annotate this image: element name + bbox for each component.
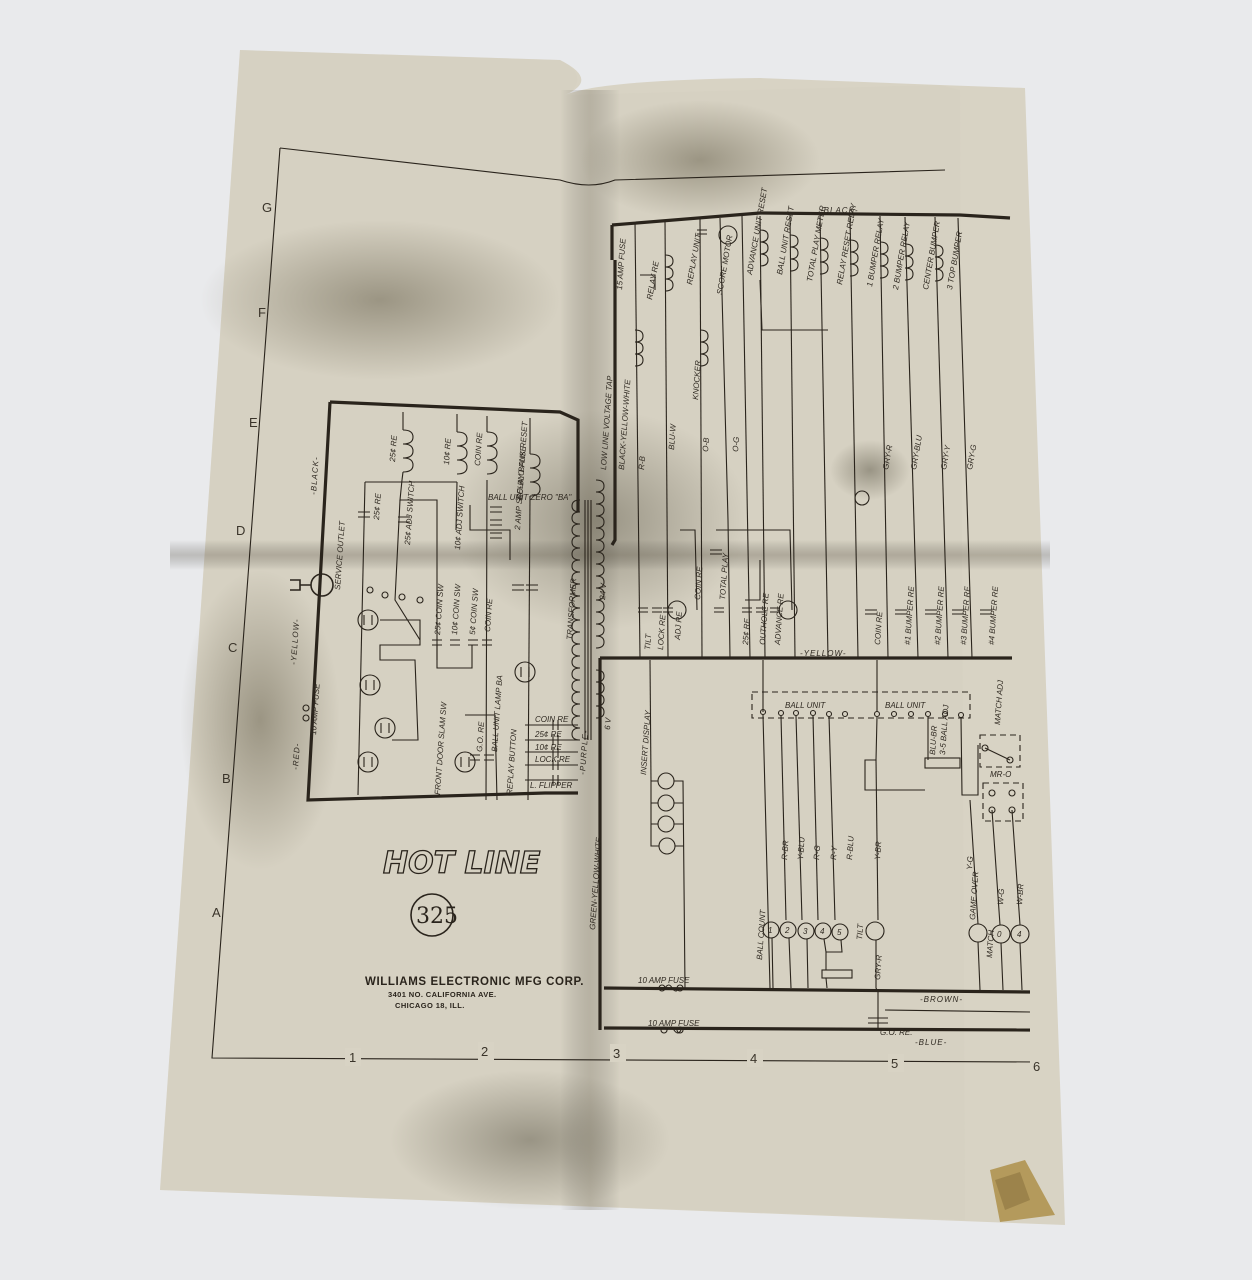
svg-text:10 AMP FUSE: 10 AMP FUSE [638,976,690,985]
svg-text:BALL UNIT: BALL UNIT [885,701,926,710]
game-number: 325 [416,904,458,929]
svg-text:R-B: R-B [637,455,647,470]
svg-text:D: D [236,523,245,538]
svg-text:TILT: TILT [643,633,653,651]
svg-text:5: 5 [891,1056,898,1071]
svg-text:R-BR: R-BR [780,840,790,860]
svg-text:R-BLU: R-BLU [845,835,856,860]
manufacturer-name: WILLIAMS ELECTRONIC MFG CORP. [365,976,584,988]
svg-text:5: 5 [837,928,842,937]
svg-text:4: 4 [750,1051,757,1066]
svg-text:R-Y: R-Y [829,845,839,860]
svg-text:-RED-: -RED- [291,742,302,770]
svg-text:MR-O: MR-O [990,770,1011,779]
svg-text:24 V: 24 V [598,582,608,601]
stain [200,220,560,380]
svg-text:LOCK RE: LOCK RE [535,755,571,764]
game-title: HOT LINE [383,846,541,881]
svg-text:G.O. RE.: G.O. RE. [880,1028,912,1037]
svg-text:TILT: TILT [855,923,865,941]
svg-text:1: 1 [349,1050,356,1065]
svg-text:Y-G: Y-G [965,856,975,870]
svg-text:R-G: R-G [812,845,822,860]
svg-text:2: 2 [481,1044,488,1059]
schematic-photo: G F E D C B A 1 2 3 4 5 6 -BLACK- -YELLO… [0,0,1252,1280]
svg-text:6: 6 [1033,1059,1040,1074]
svg-text:B: B [222,771,231,786]
svg-text:BALL UNIT: BALL UNIT [785,701,826,710]
svg-text:4: 4 [1017,930,1022,939]
svg-text:O-G: O-G [731,436,741,452]
svg-text:10¢ RE: 10¢ RE [442,437,453,465]
svg-text:3: 3 [613,1046,620,1061]
svg-text:A: A [212,905,221,920]
svg-text:25¢ RE: 25¢ RE [534,730,562,739]
svg-text:COIN RE: COIN RE [535,715,569,724]
svg-text:6 V: 6 V [603,717,613,730]
svg-text:F: F [258,305,266,320]
svg-text:G: G [262,200,272,215]
svg-text:-BROWN-: -BROWN- [920,995,963,1004]
svg-text:L. FLIPPER: L. FLIPPER [530,781,572,790]
svg-text:1: 1 [768,926,772,935]
svg-text:10 AMP FUSE: 10 AMP FUSE [648,1019,700,1028]
svg-text:-YELLOW-: -YELLOW- [800,649,847,658]
manufacturer-address: 3401 NO. CALIFORNIA AVE. [388,990,497,999]
svg-text:3: 3 [803,927,808,936]
svg-text:BALL UNIT ZERO "BA": BALL UNIT ZERO "BA" [488,493,572,502]
svg-text:O-B: O-B [701,437,711,452]
svg-text:-BLUE-: -BLUE- [915,1038,947,1047]
svg-text:W-G: W-G [996,888,1006,905]
svg-text:BLU-W: BLU-W [667,422,678,450]
svg-text:2: 2 [784,926,790,935]
svg-text:10¢ RE: 10¢ RE [535,743,562,752]
svg-text:Y-BLU: Y-BLU [796,836,807,860]
svg-text:W-BR: W-BR [1015,883,1025,905]
svg-text:0: 0 [997,930,1002,939]
manufacturer-city: CHICAGO 18, ILL. [395,1001,465,1010]
svg-text:4: 4 [820,927,825,936]
svg-text:C: C [228,640,237,655]
svg-text:Y-BR: Y-BR [873,841,883,860]
svg-text:E: E [249,415,258,430]
svg-text:GRY-R: GRY-R [873,954,884,980]
